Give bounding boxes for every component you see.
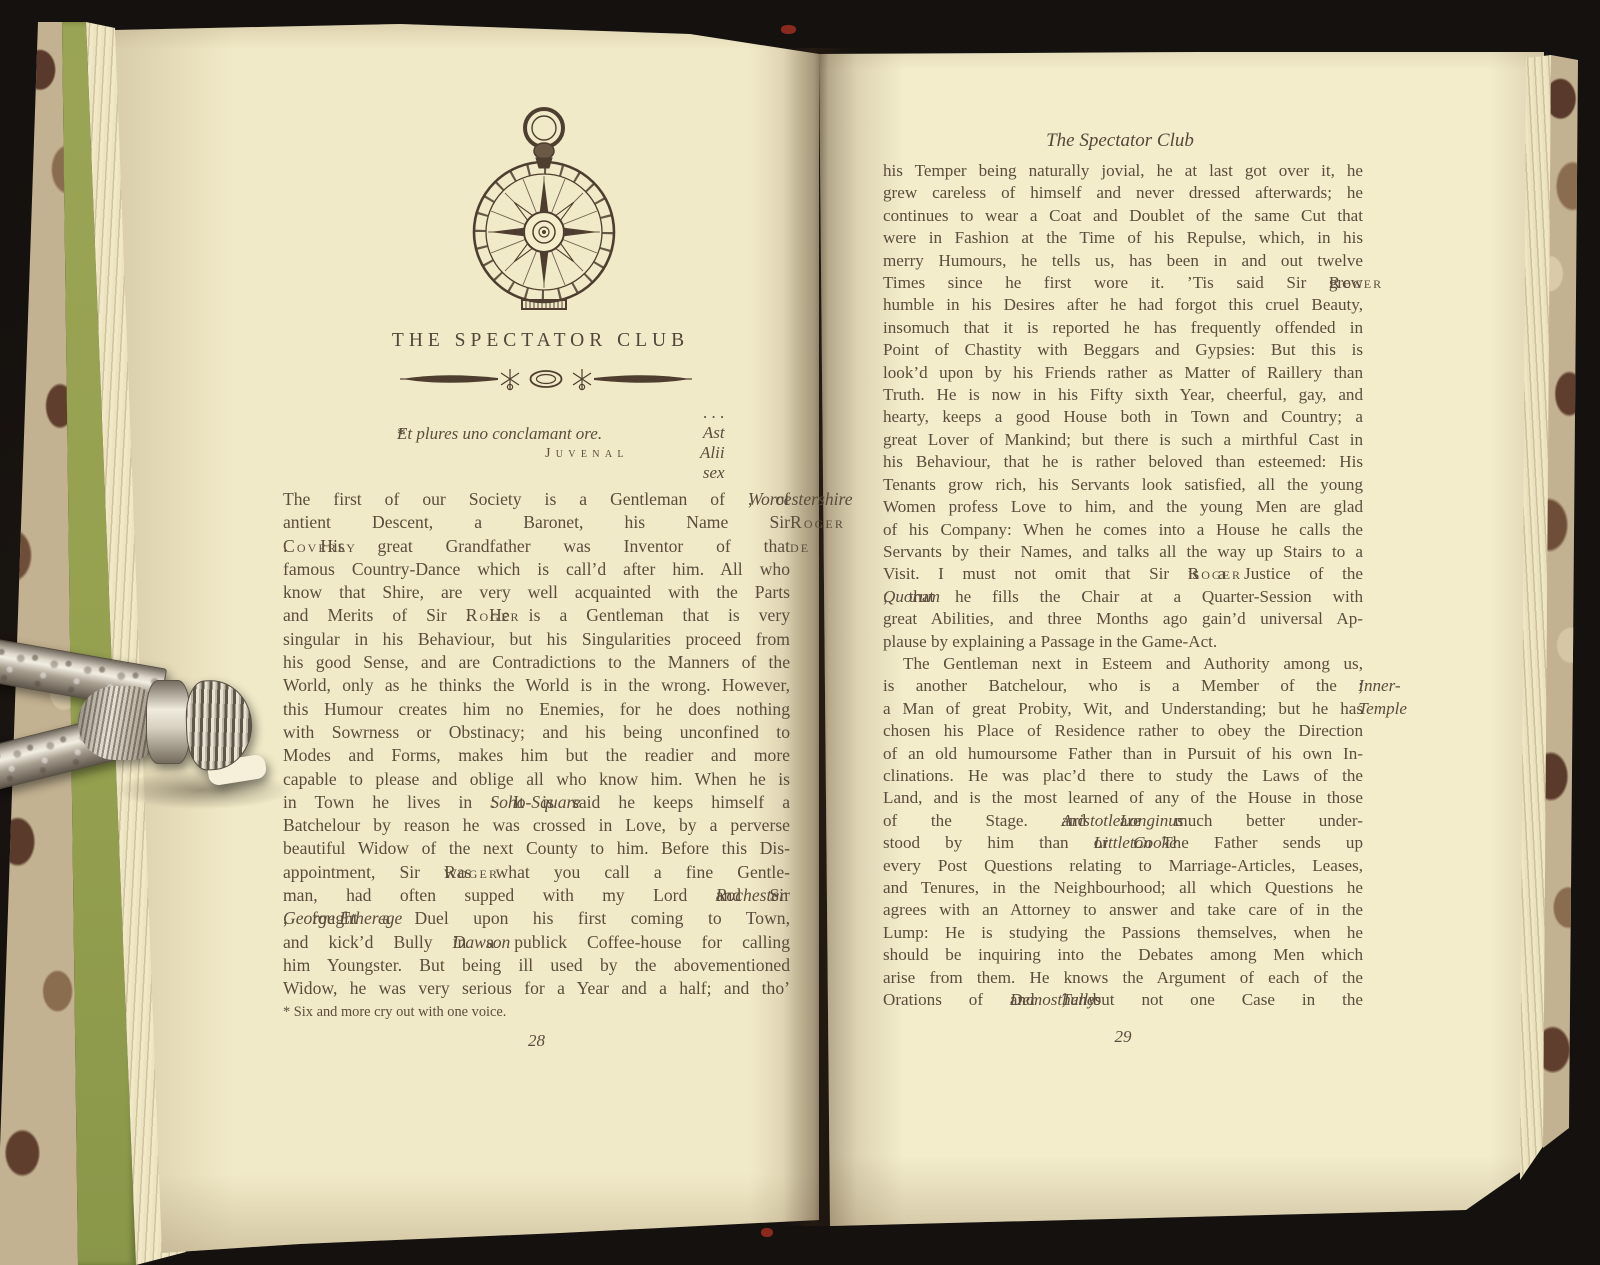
text-line: great Lover of Mankind; but there is suc… [883, 429, 1363, 451]
left-page-body-text: The first of our Society is a Gentleman … [283, 488, 790, 1001]
text-line: appointment, Sir Roger was what you call… [283, 861, 790, 884]
text-line: him Youngster. But being ill used by the… [283, 954, 790, 977]
text-line: his Behaviour, that he is rather beloved… [883, 451, 1363, 473]
text-line: Servants by their Names, and talks all t… [883, 541, 1363, 563]
chapter-title: THE SPECTATOR CLUB [287, 330, 794, 352]
text-line: this Humour creates him no Enemies, for … [283, 698, 790, 721]
text-line: humble in his Desires after he had forgo… [883, 294, 1363, 316]
text-line: Orations of Demosthenes and Tully, but n… [883, 989, 1363, 1011]
endband-bottom [761, 1228, 773, 1237]
text-line: arise from them. He knows the Argument o… [883, 967, 1363, 989]
text-line: plause by explaining a Passage in the Ga… [883, 631, 1363, 653]
text-line: continues to wear a Coat and Doublet of … [883, 205, 1363, 227]
text-line: Times since he first wore it. ’Tis said … [883, 272, 1363, 294]
text-line: Point of Chastity with Beggars and Gypsi… [883, 339, 1363, 361]
silver-page-clasp [0, 628, 270, 823]
text-line: every Post Questions relating to Marriag… [883, 855, 1363, 877]
text-line: singular in his Behaviour, but his Singu… [283, 628, 790, 651]
text-line: insomuch that it is reported he has freq… [883, 317, 1363, 339]
text-line: great Abilities, and three Months ago ga… [883, 608, 1363, 630]
text-line: Tenants grow rich, his Servants look sat… [883, 474, 1363, 496]
text-line: World, only as he thinks the World is in… [283, 674, 790, 697]
text-line: a Man of great Probity, Wit, and Underst… [883, 698, 1363, 720]
text-line: agrees with an Attorney to answer and ta… [883, 899, 1363, 921]
text-line: should be inquiring into the Debates amo… [883, 944, 1363, 966]
book-photo: THE SPECTATOR CLUB . . . Ast Alii sex Et… [0, 0, 1600, 1265]
text-line: in Town he lives in Soho-Square: It is s… [283, 791, 790, 814]
text-line: The Gentleman next in Esteem and Authori… [883, 653, 1363, 675]
text-line: his Temper being naturally jovial, he at… [883, 160, 1363, 182]
text-line: man, had often supped with my Lord Roche… [283, 884, 790, 907]
text-line: grew careless of himself and never dress… [883, 182, 1363, 204]
text-line: of the Stage. Aristotle and Longinus are… [883, 810, 1363, 832]
right-page-body-text: his Temper being naturally jovial, he at… [883, 160, 1363, 1011]
text-line: stood by him than Littleton or Cooke. Th… [883, 832, 1363, 854]
fleuron-divider-ornament [398, 366, 694, 392]
text-line: and kick’d Bully Dawson in a publick Cof… [283, 931, 790, 954]
text-line: and Merits of Sir Roger. He is a Gentlem… [283, 604, 790, 627]
text-line: famous Country-Dance which is call’d aft… [283, 558, 790, 581]
footnote: * Six and more cry out with one voice. [283, 1004, 790, 1021]
text-line: Quorum; that he fills the Chair at a Qua… [883, 586, 1363, 608]
text-line: Truth. He is now in his Fifty sixth Year… [883, 384, 1363, 406]
text-line: and Tenures, in the Neighbourhood; all w… [883, 877, 1363, 899]
text-line: Women profess Love to him, and the young… [883, 496, 1363, 518]
text-line: Visit. I must not omit that Sir Roger is… [883, 563, 1363, 585]
text-line: The first of our Society is a Gentleman … [283, 488, 790, 511]
text-line: beautiful Widow of the next County to hi… [283, 837, 790, 860]
text-line: George Etherege, fought a Duel upon his … [283, 907, 790, 930]
text-line: is another Batchelour, who is a Member o… [883, 675, 1363, 697]
text-line: were in Fashion at the Time of his Repul… [883, 227, 1363, 249]
text-line: Coverly. His great Grandfather was Inven… [283, 535, 790, 558]
compass-illustration [456, 98, 632, 310]
text-line: hearty, keeps a good House both in Town … [883, 406, 1363, 428]
text-line: capable to please and oblige all who kno… [283, 768, 790, 791]
running-head: The Spectator Club [880, 130, 1360, 152]
text-line: Land, and is the most learned of any of … [883, 787, 1363, 809]
text-line: Modes and Forms, makes him but the readi… [283, 744, 790, 767]
text-line: with Sowrness or Obstinacy; and his bein… [283, 721, 790, 744]
text-line: Lump: He is studying the Passions themse… [883, 922, 1363, 944]
text-line: chosen his Place of Residence rather to … [883, 720, 1363, 742]
text-line: look’d upon by his Friends rather as Mat… [883, 362, 1363, 384]
text-line: antient Descent, a Baronet, his Name Sir… [283, 511, 790, 534]
text-line: Widow, he was very serious for a Year an… [283, 977, 790, 1000]
text-line: of his Company: When he comes into a Hou… [883, 519, 1363, 541]
text-line: clinations. He was plac’d there to study… [883, 765, 1363, 787]
epigraph-line-2: Et plures uno conclamant ore.* [397, 424, 717, 444]
clasp-tassel-band [146, 680, 190, 764]
right-page-number: 29 [883, 1027, 1363, 1047]
text-line: Batchelour by reason he was crossed in L… [283, 814, 790, 837]
text-line: his good Sense, and are Contradictions t… [283, 651, 790, 674]
text-line: of an old humoursome Father than in Purs… [883, 743, 1363, 765]
text-line: merry Humours, he tells us, has been in … [883, 250, 1363, 272]
left-page-number: 28 [283, 1031, 790, 1051]
text-line: know that Shire, are very well acquainte… [283, 581, 790, 604]
endband-top [781, 25, 796, 34]
